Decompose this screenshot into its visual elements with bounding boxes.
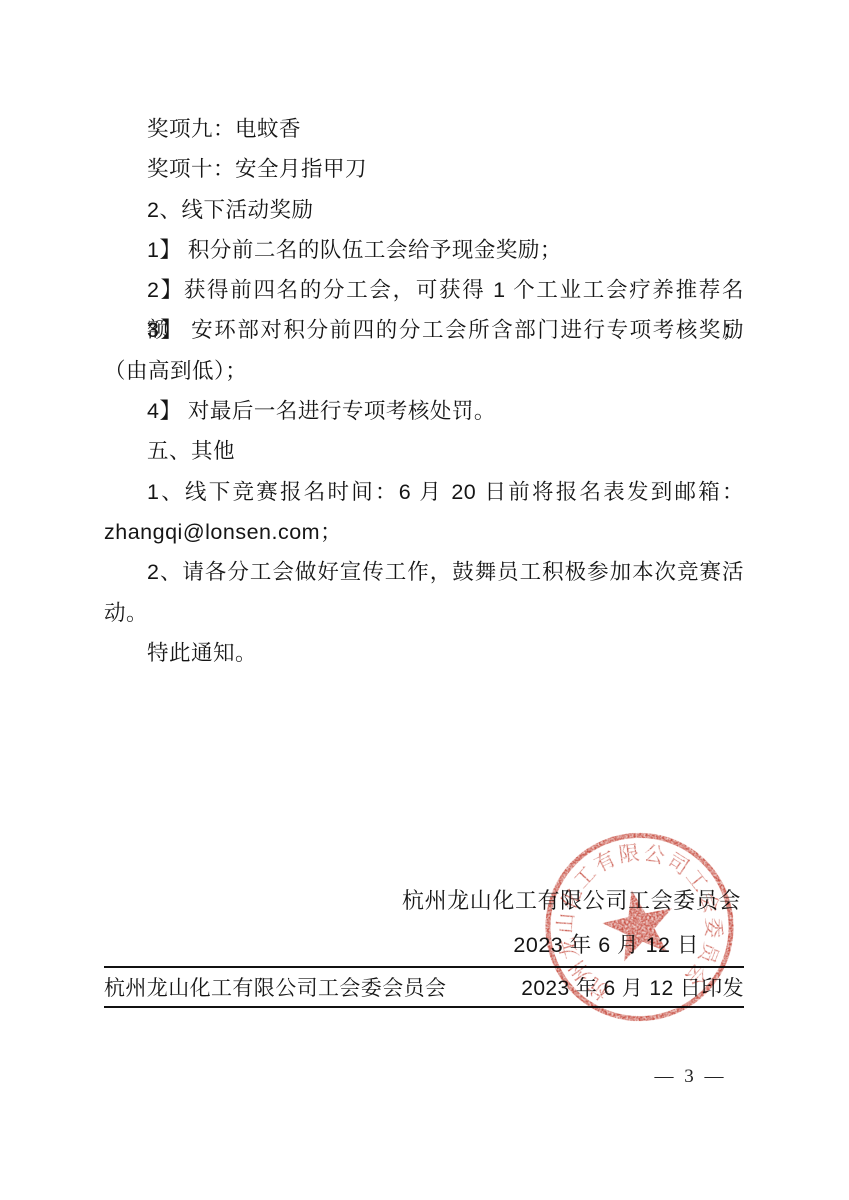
seal-star-icon (597, 883, 681, 964)
footer-issuer: 杭州龙山化工有限公司工会委会员会 (104, 972, 446, 1002)
body-line: 1】 积分前二名的队伍工会给予现金奖励； (104, 230, 744, 270)
body-text: 奖项九：电蚊香奖项十：安全月指甲刀2、线下活动奖励1】 积分前二名的队伍工会给予… (104, 109, 744, 673)
body-line: 3】 安环部对积分前四的分工会所含部门进行专项考核奖励 (104, 310, 744, 350)
body-line: 2、线下活动奖励 (104, 190, 744, 230)
body-line: zhangqi@lonsen.com； (104, 512, 744, 552)
body-line: 奖项十：安全月指甲刀 (104, 149, 744, 189)
body-line: 1、线下竞赛报名时间：6 月 20 日前将报名表发到邮箱： (104, 472, 744, 512)
body-line: 2、请各分工会做好宣传工作，鼓舞员工积极参加本次竞赛活 (104, 552, 744, 592)
body-line: （由高到低）； (104, 351, 744, 391)
document-page: 奖项九：电蚊香奖项十：安全月指甲刀2、线下活动奖励1】 积分前二名的队伍工会给予… (0, 0, 849, 1200)
official-seal: 杭州龙山化工有限公司工会委员会 (522, 809, 756, 1046)
body-line: 2】获得前四名的分工会，可获得 1 个工业工会疗养推荐名额； (104, 270, 744, 310)
body-line: 特此通知。 (104, 633, 744, 673)
body-line: 五、其他 (104, 431, 744, 471)
seal-graphic: 杭州龙山化工有限公司工会委员会 (531, 818, 748, 1035)
body-line: 4】 对最后一名进行专项考核处罚。 (104, 391, 744, 431)
body-line: 动。 (104, 593, 744, 633)
body-line: 奖项九：电蚊香 (104, 109, 744, 149)
page-number: — 3 — (644, 1066, 734, 1088)
